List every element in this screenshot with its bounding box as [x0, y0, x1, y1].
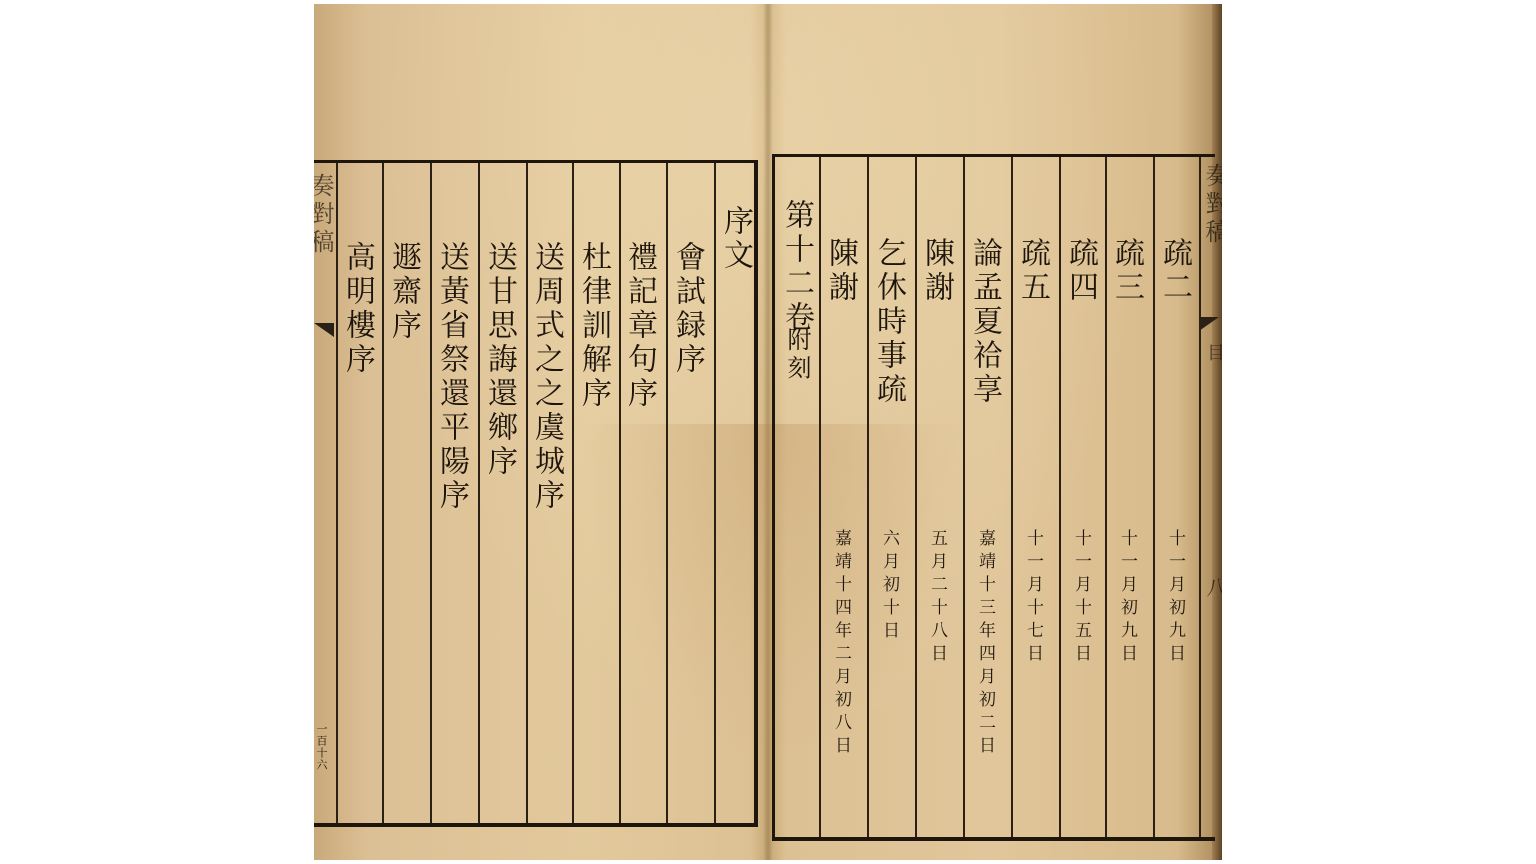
column-rule: [1011, 157, 1013, 837]
fishtail-mark: [314, 323, 334, 337]
toc-entry: 送黃省祭還平陽序: [436, 241, 466, 513]
page-number: 一百十六: [316, 723, 327, 771]
column-rule: [915, 157, 917, 837]
column-rule: [1105, 157, 1107, 837]
column-rule: [1199, 157, 1201, 837]
toc-date: 六月初十日: [880, 529, 897, 644]
book-scan: 奏對稿 一百十六 序文 會試録序 禮記章句序 杜律訓解序 送周式之之虞城序 送甘…: [314, 4, 1222, 860]
column-rule: [666, 163, 668, 823]
toc-entry: 會試録序: [672, 241, 702, 377]
margin-title: 奏對稿: [1203, 163, 1222, 247]
toc-entry: 疏四: [1065, 237, 1095, 305]
column-rule: [619, 163, 621, 823]
toc-date: 十一月初九日: [1118, 529, 1135, 667]
column-rule: [382, 163, 384, 823]
toc-date: 五月二十八日: [928, 529, 945, 667]
column-rule: [963, 157, 965, 837]
toc-entry: 疏二: [1159, 237, 1189, 305]
toc-entry: 疏三: [1111, 237, 1141, 305]
column-rule: [526, 163, 528, 823]
toc-entry: 論孟夏祫享: [969, 237, 999, 407]
section-heading: 序文: [720, 205, 750, 273]
toc-date: 嘉靖十三年四月初二日: [976, 529, 993, 759]
toc-entry: 遯齋序: [388, 241, 418, 343]
section-mark: 目: [1205, 343, 1222, 365]
column-rule: [819, 157, 821, 837]
fishtail-mark: [1199, 317, 1219, 331]
toc-entry: 杜律訓解序: [578, 241, 608, 411]
toc-entry: 禮記章句序: [624, 241, 654, 411]
column-rule: [1059, 157, 1061, 837]
column-rule: [430, 163, 432, 823]
margin-title: 奏對稿: [314, 173, 332, 257]
toc-date: 十一月初九日: [1166, 529, 1183, 667]
column-rule: [572, 163, 574, 823]
column-rule: [1153, 157, 1155, 837]
toc-entry: 送甘思誨還鄉序: [484, 241, 514, 479]
toc-entry: 高明樓序: [342, 241, 372, 377]
left-page-frame: 奏對稿 一百十六 序文 會試録序 禮記章句序 杜律訓解序 送周式之之虞城序 送甘…: [314, 160, 758, 827]
toc-date: 十一月十七日: [1024, 529, 1041, 667]
toc-entry: 陳謝: [921, 237, 951, 305]
column-rule: [336, 163, 338, 823]
column-rule: [478, 163, 480, 823]
volume-note: 附刻: [785, 327, 809, 383]
toc-date: 嘉靖十四年二月初八日: [832, 529, 849, 759]
volume-heading: 第十二卷: [781, 199, 811, 335]
toc-date: 十一月十五日: [1072, 529, 1089, 667]
right-page-frame: 第十二卷 附刻 疏二 十一月初九日 疏三 十一月初九日 疏四 十一月十五日 疏五…: [772, 154, 1215, 841]
toc-entry: 送周式之之虞城序: [531, 241, 561, 513]
toc-entry: 乞休時事疏: [873, 237, 903, 407]
toc-entry: 疏五: [1017, 237, 1047, 305]
column-rule: [867, 157, 869, 837]
page-number: 八: [1205, 577, 1222, 601]
column-rule: [714, 163, 716, 823]
toc-entry: 陳謝: [825, 237, 855, 305]
